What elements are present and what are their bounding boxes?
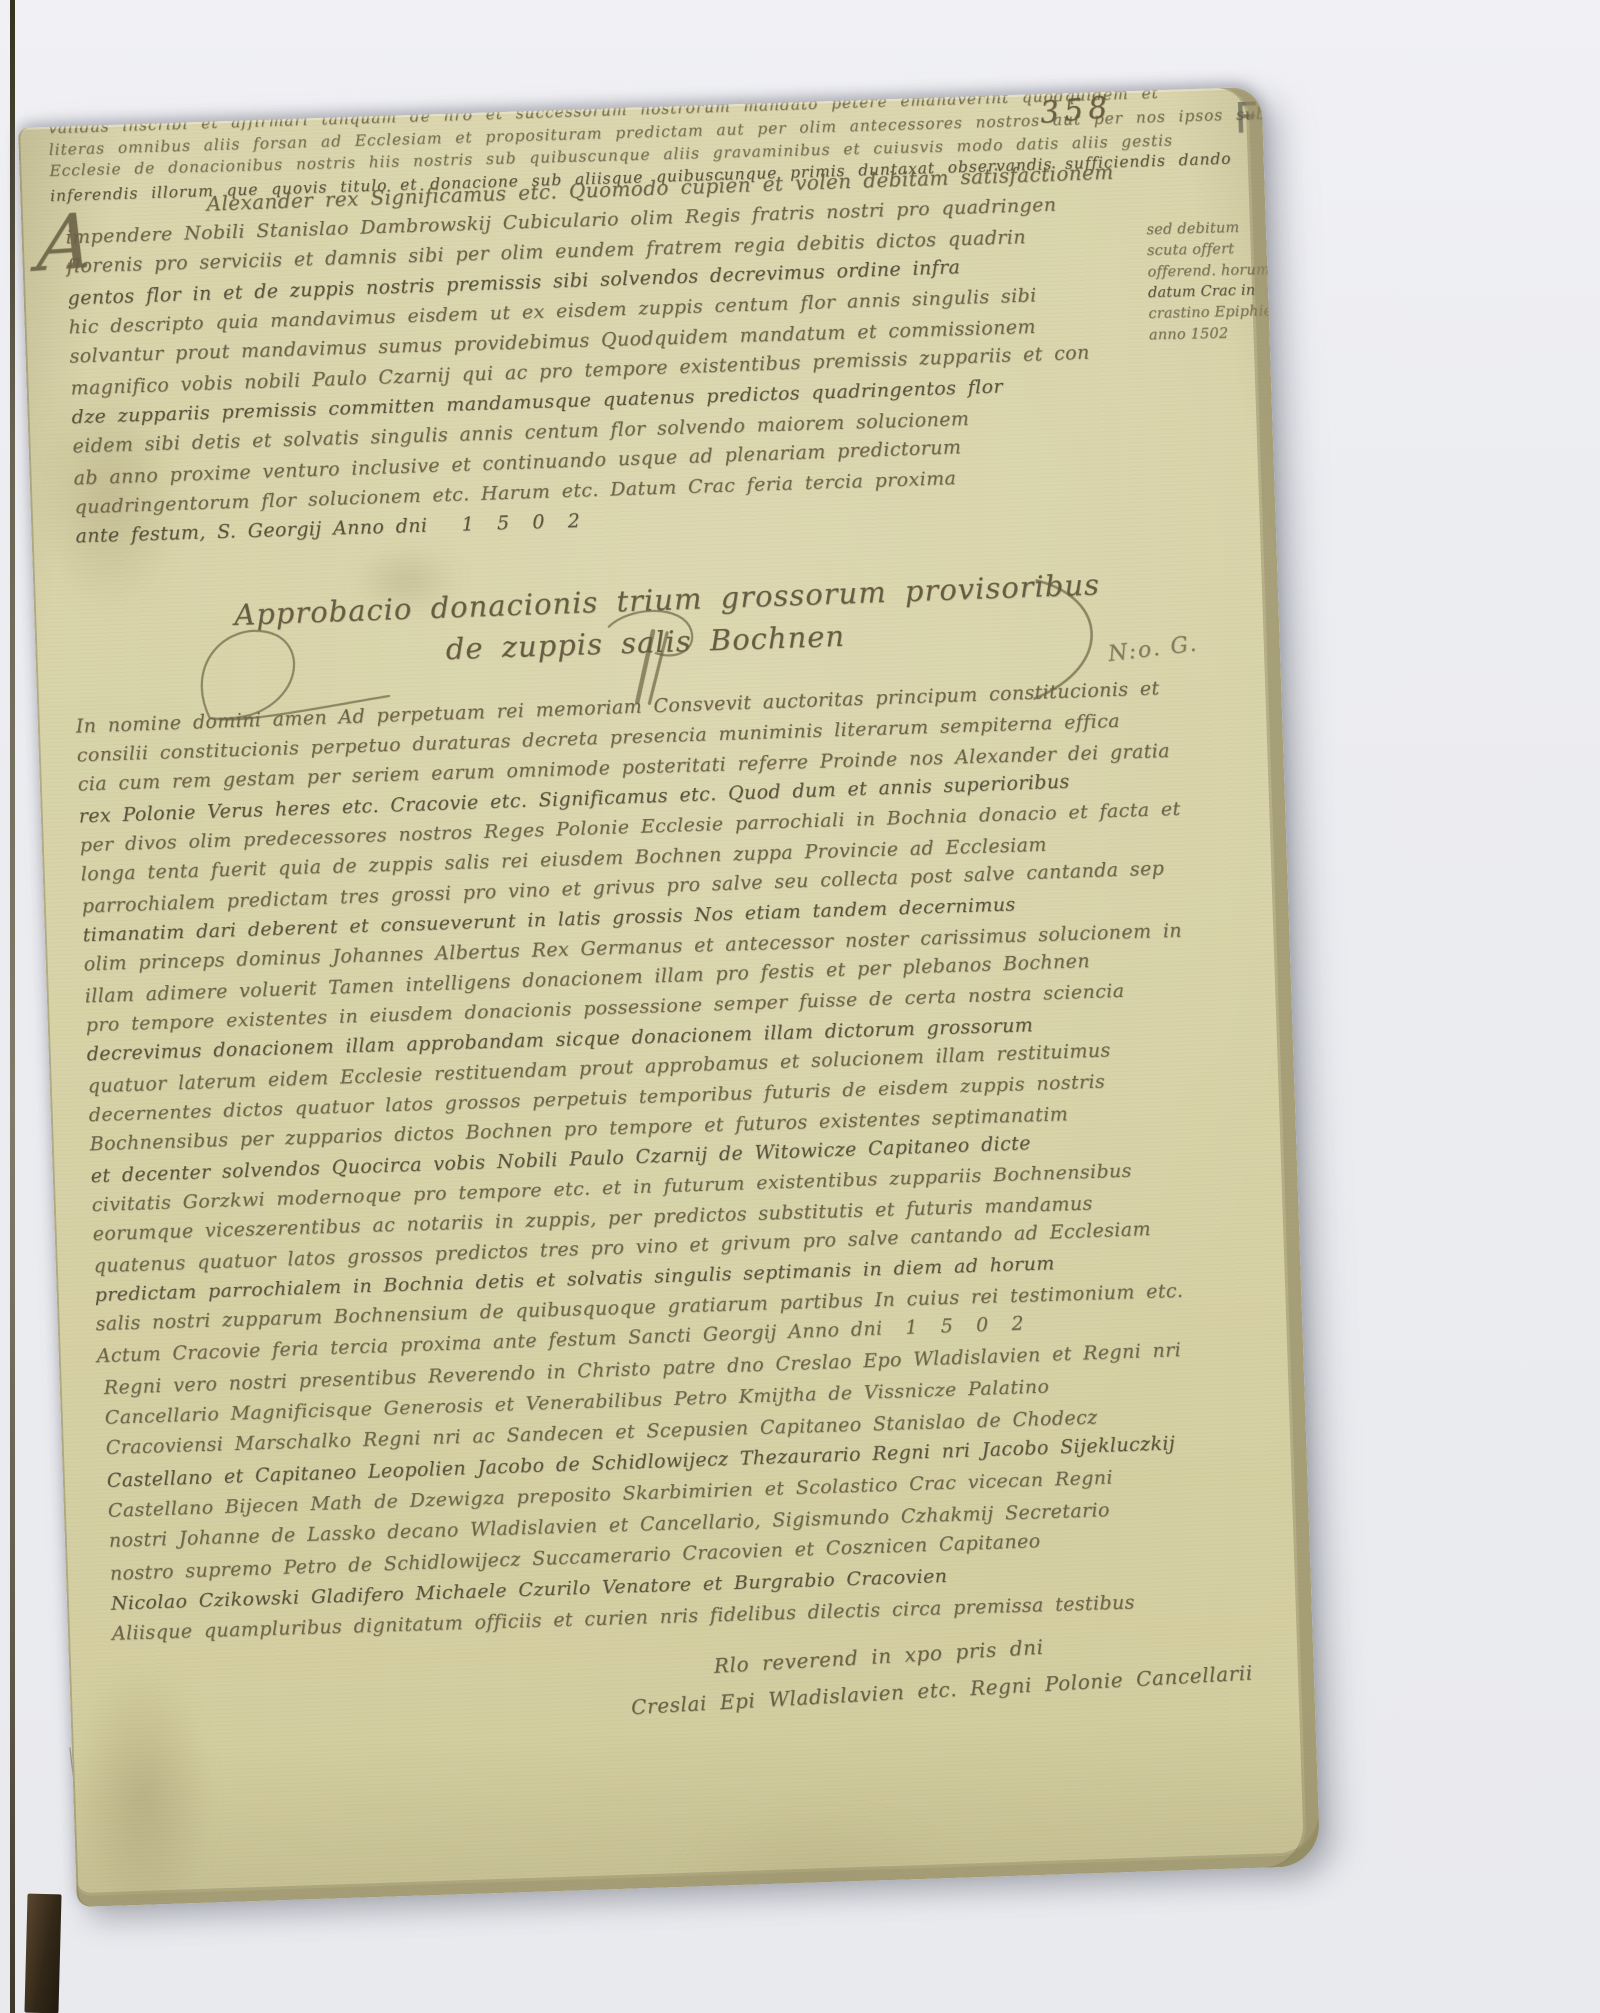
entry-heading: Approbacio donacionis trium grossorum pr… <box>234 566 1056 677</box>
handwriting-layer: 358 F validas inscribi et affirmari tanq… <box>18 87 1320 1907</box>
witness-list-block: Regni vero nostri presentibus Reverendo … <box>103 1335 1232 1651</box>
margin-note-line: sed debitum <box>1146 217 1266 241</box>
heading-side-mark: N:o. G. <box>1107 631 1200 667</box>
manuscript-page: 358 F validas inscribi et affirmari tanq… <box>18 87 1320 1907</box>
scanner-backdrop: 358 F validas inscribi et affirmari tanq… <box>0 0 1600 2013</box>
margin-note-line: datum Crac in <box>1148 280 1268 304</box>
binding-tail <box>24 1894 61 2013</box>
margin-note-line: crastino Epiphie <box>1148 301 1268 325</box>
margin-note-line: scuta offert <box>1147 238 1267 262</box>
margin-note-block: sed debitum scuta offert offerend. horum… <box>1146 217 1269 346</box>
relacio-block: Rlo reverend in xpo pris dni Creslai Epi… <box>628 1624 1131 1726</box>
book-cover-edge <box>10 0 15 2013</box>
margin-note-line: anno 1502 <box>1149 323 1269 346</box>
mandate-entry-block: Alexander rex Significamus etc. Quomodo … <box>64 156 1185 553</box>
approbation-entry-block: In nomine domini amen Ad perpetuam rei m… <box>75 673 1226 1370</box>
